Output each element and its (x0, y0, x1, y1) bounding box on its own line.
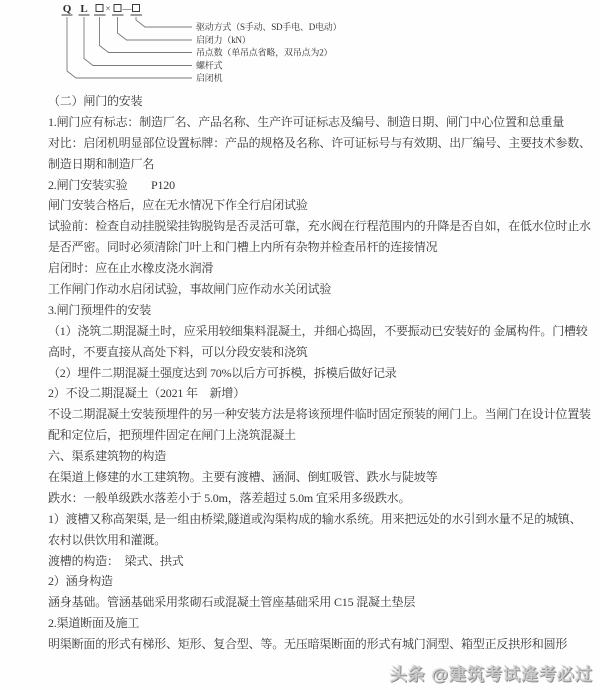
leader-line-hoist-points (100, 17, 193, 53)
toutiao-watermark: 头条 @建筑考试逢考必过 (390, 660, 593, 685)
para-formwork-removal: （2）埋件二期混凝土强度达到 70%以后方可拆模，拆模后做好记录 (48, 363, 593, 384)
heading-channel-section: 2.渠道断面及施工 (48, 613, 593, 634)
para-second-stage-concrete-cont: 高时，不要直接从高处下料，可以分段安装和浇筑 (48, 342, 593, 363)
para-culvert-foundation: 涵身基础。管涵基础采用浆砌石或混凝土管座基础采用 C15 混凝土垫层 (48, 592, 593, 613)
para-aqueduct-def: 1）渡槽又称高架渠, 是一组由桥梁,隧道或沟渠构成的输水系统。用来把远处的水引到… (48, 509, 593, 530)
heading-no-second-stage: 2）不设二期混凝土（2021 年 新增） (48, 383, 593, 404)
leader-line-hoist (67, 17, 192, 78)
document-body: （二）闸门的安装 1.闸门应有标志：制造厂名、产品名称、生产许可证标志及编号、制… (48, 91, 593, 655)
para-pre-test-check-cont: 是否严密。同时必须清除门叶上和门槽上内所有杂物并检查吊杆的连接情况 (48, 237, 593, 258)
leader-line-drive-type (136, 17, 192, 27)
heading-embedded-parts: 3.闸门预埋件的安装 (48, 300, 593, 321)
para-operation-lubrication: 启闭时：应在止水橡皮浇水润滑 (48, 258, 593, 279)
diagram-label-hoist-points: 吊点数（单吊点省略，双吊点为2） (196, 47, 332, 59)
page: { "diagram": { "code": { "q": "Q", "l": … (0, 0, 600, 690)
code-times-sign: × (105, 4, 110, 14)
heading-gate-installation: （二）闸门的安装 (48, 91, 593, 112)
code-box-hoist-points (96, 5, 103, 12)
para-second-stage-concrete: （1）浇筑二期混凝土时，应采用较细集料混凝土，并细心捣固，不要振动已安装好的 金… (48, 321, 593, 342)
leader-line-lifting-force (118, 17, 193, 40)
heading-canal-structures: 六、渠系建筑物的构造 (48, 446, 593, 467)
code-box-drive-type (133, 5, 140, 12)
heading-culvert-structure: 2）涵身构造 (48, 571, 593, 592)
para-drop-structure: 跌水：一般单级跌水落差小于 5.0m，落差超过 5.0m 宜采用多级跌水。 (48, 488, 593, 509)
para-hoist-nameplate-cont: 制造日期和制造厂名 (48, 154, 593, 175)
para-gate-marking: 1.闸门应有标志：制造厂名、产品名称、生产许可证标志及编号、制造日期、闸门中心位… (48, 112, 593, 133)
para-no-water-test: 闸门安装合格后，应在无水情况下作全行启闭试验 (48, 195, 593, 216)
diagram-label-hoist: 启闭机 (196, 72, 223, 83)
para-canal-structures-intro: 在渠道上修建的水工建筑物。主要有渡槽、涵洞、倒虹吸管、跌水与陡坡等 (48, 467, 593, 488)
code-letter-l: L (80, 3, 87, 15)
code-dash-sign: — (122, 4, 133, 14)
para-channel-section-forms: 明渠断面的形式有梯形、矩形、复合型、等。无压暗渠断面的形式有城门洞型、箱型正反拱… (48, 634, 593, 655)
leader-line-screw-type (84, 17, 192, 66)
para-no-second-stage-method: 不设二期混凝土安装预埋件的另一种安装方法是将该预埋件临时固定预装的闸门上。当闸门… (48, 404, 593, 425)
para-pre-test-check: 试验前：检查自动挂脱梁挂钩脱钩是否灵活可靠，充水阀在行程范围内的升降是否自如，在… (48, 216, 593, 237)
para-hoist-nameplate: 对比：启闭机明显部位设置标牌：产品的规格及名称、许可证标号与有效期、出厂编号、主… (48, 133, 593, 154)
code-letter-q: Q (63, 3, 72, 15)
para-no-second-stage-method-cont: 配和定位后，把预埋件固定在闸门上浇筑混凝土 (48, 425, 593, 446)
para-aqueduct-types: 渡槽的构造： 梁式、拱式 (48, 551, 593, 572)
para-aqueduct-def-cont: 农村以供饮用和灌溉。 (48, 530, 593, 551)
diagram-label-lifting-force: 启闭力（kN） (196, 34, 251, 45)
hoist-code-diagram: Q L × — 驱动方式（S手动、SD手电、D电动） 启闭力（kN） 吊点数（单… (0, 0, 600, 92)
diagram-label-drive-type: 驱动方式（S手动、SD手电、D电动） (196, 21, 341, 32)
para-dynamic-water-test: 工作闸门作动水启闭试验，事故闸门应作动水关闭试验 (48, 279, 593, 300)
diagram-label-screw-type: 螺杆式 (196, 60, 223, 71)
para-install-test-ref: 2.闸门安装实验 P120 (48, 175, 593, 196)
code-box-lifting-force (114, 5, 121, 12)
